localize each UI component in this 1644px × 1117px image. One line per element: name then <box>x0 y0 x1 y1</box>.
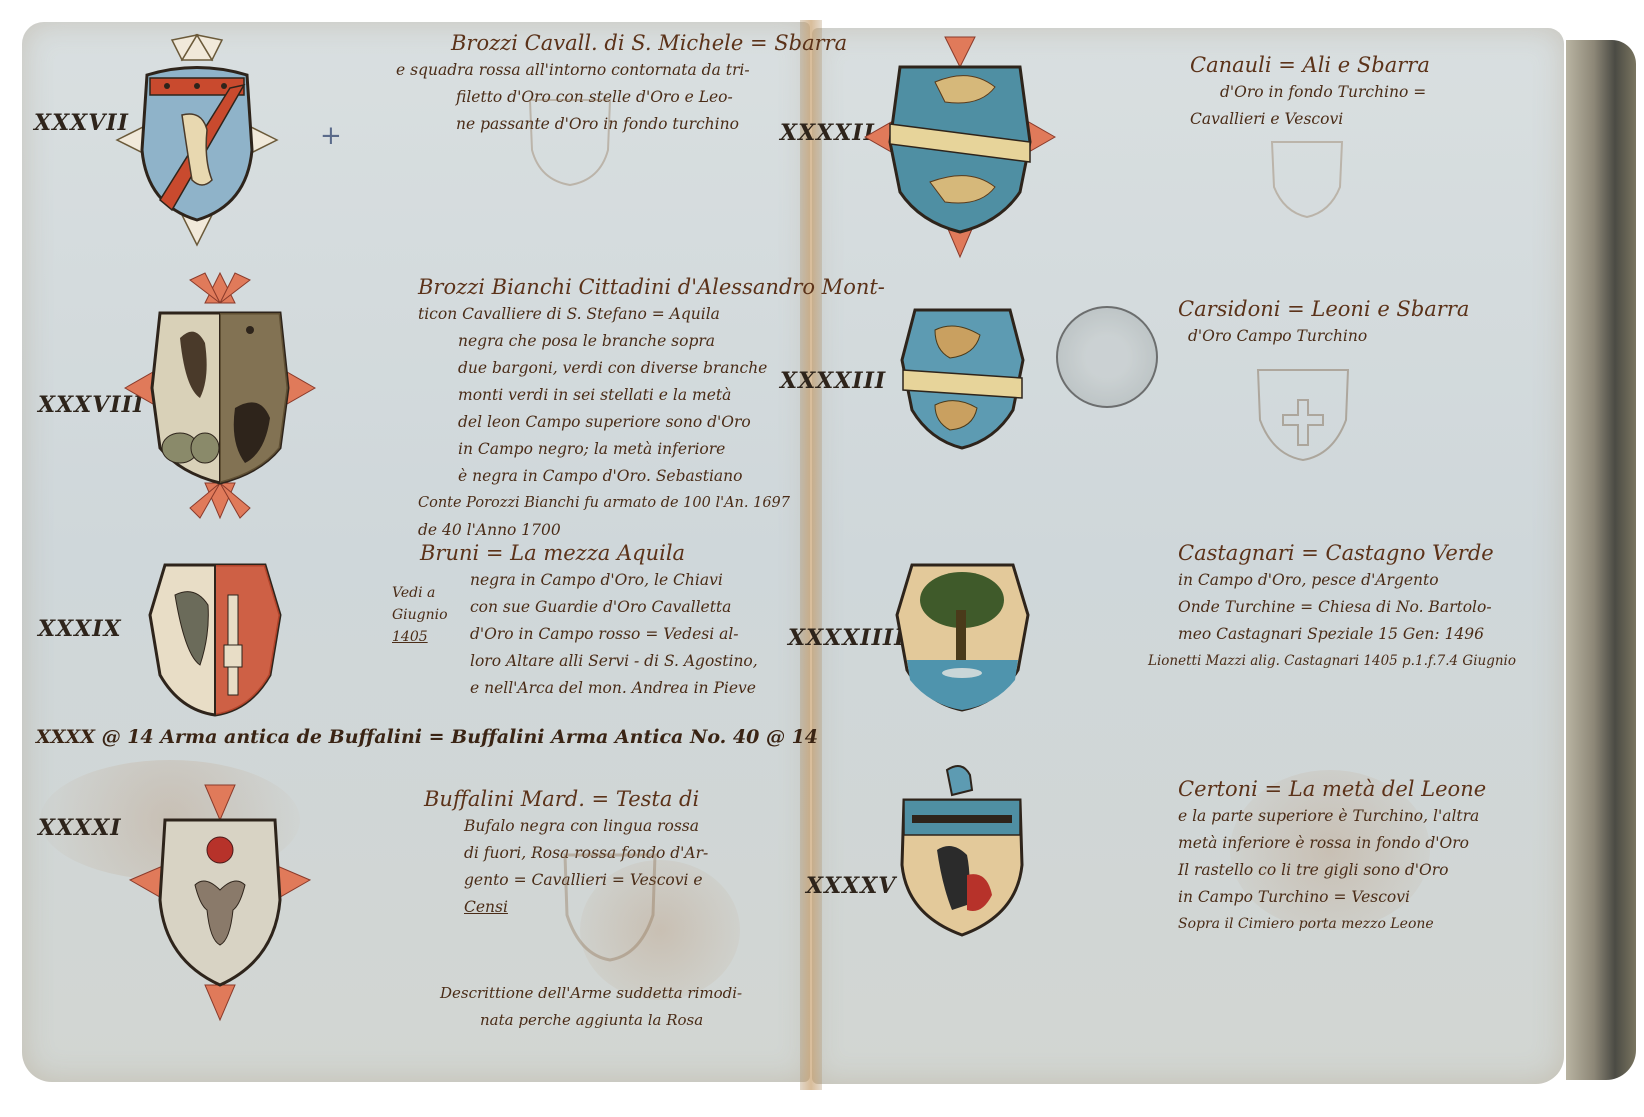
entry-line: e la parte superiore è Turchino, l'altra <box>1178 803 1486 830</box>
entry-footer: Descrittione dell'Arme suddetta rimodi- … <box>440 980 742 1034</box>
entry-numeral: XXXXIII <box>780 368 886 394</box>
open-manuscript: XXXVII + Brozzi Cavall. di S. Michele = … <box>0 0 1644 1117</box>
entry-line: nata perche aggiunta la Rosa <box>440 1007 742 1034</box>
entry-line: loro Altare alli Servi - di S. Agostino, <box>420 648 758 675</box>
entry-line: negra in Campo d'Oro, le Chiavi <box>420 567 758 594</box>
entry-carsidoni: Carsidoni = Leoni e Sbarra d'Oro Campo T… <box>1178 296 1469 350</box>
entry-castagnari: Castagnari = Castagno Verde in Campo d'O… <box>1178 540 1516 675</box>
entry-line: Il rastello co li tre gigli sono d'Oro <box>1178 857 1486 884</box>
library-stamp-seal <box>1056 306 1158 408</box>
entry-certoni: Certoni = La metà del Leone e la parte s… <box>1178 776 1486 938</box>
entry-line: in Campo Turchino = Vescovi <box>1178 884 1486 911</box>
entry-brozzi-bianchi: Brozzi Bianchi Cittadini d'Alessandro Mo… <box>418 274 885 544</box>
entry-line: Bufalo negra con lingua rossa <box>424 813 708 840</box>
coat-of-arms-brozzi-icon <box>112 30 282 250</box>
entry-numeral: XXXIX <box>38 616 122 642</box>
entry-line: del leon Campo superiore sono d'Oro <box>418 409 885 436</box>
page-stack-edge <box>1566 40 1636 1080</box>
entry-line: Lionetti Mazzi alig. Castagnari 1405 p.1… <box>1148 648 1516 675</box>
entry-canauli: Canauli = Ali e Sbarra d'Oro in fondo Tu… <box>1190 52 1430 133</box>
entry-line: meo Castagnari Speziale 15 Gen: 1496 <box>1178 621 1516 648</box>
coat-of-arms-certoni-icon <box>892 755 1032 940</box>
entry-heading: Canauli = Ali e Sbarra <box>1190 52 1430 79</box>
entry-line: Onde Turchine = Chiesa di No. Bartolo- <box>1178 594 1516 621</box>
entry-line: filetto d'Oro con stelle d'Oro e Leo- <box>396 84 847 111</box>
ghost-shield-bleedthrough-icon <box>1262 132 1352 222</box>
entry-line: in Campo negro; la metà inferiore <box>418 436 885 463</box>
entry-numeral: XXXXI <box>38 815 122 841</box>
entry-heading: Brozzi Bianchi Cittadini d'Alessandro Mo… <box>418 274 885 301</box>
entry-heading: Certoni = La metà del Leone <box>1178 776 1486 803</box>
entry-heading: Castagnari = Castagno Verde <box>1178 540 1516 567</box>
entry-line: in Campo d'Oro, pesce d'Argento <box>1178 567 1516 594</box>
entry-line: negra che posa le branche sopra <box>418 328 885 355</box>
entry-line: Sopra il Cimiero porta mezzo Leone <box>1178 911 1486 938</box>
coat-of-arms-castagnari-icon <box>890 555 1035 715</box>
entry-line: e nell'Arca del mon. Andrea in Pieve <box>420 675 758 702</box>
coat-of-arms-carsidoni-icon <box>895 300 1030 455</box>
entry-bruni: Bruni = La mezza Aquila negra in Campo d… <box>420 540 758 702</box>
entry-buffalini: XXXX @ 14 Arma antica de Buffalini = Buf… <box>36 724 818 751</box>
entry-numeral: XXXXIIII <box>788 625 905 651</box>
entry-heading: Buffalini Mard. = Testa di <box>424 786 708 813</box>
entry-line: metà inferiore è rossa in fondo d'Oro <box>1178 830 1486 857</box>
ghost-shield-bleedthrough-icon <box>555 845 665 965</box>
entry-heading: Carsidoni = Leoni e Sbarra <box>1178 296 1469 323</box>
book-gutter <box>800 20 822 1090</box>
ghost-shield-bleedthrough-icon <box>1248 360 1358 470</box>
entry-line: ticon Cavalliere di S. Stefano = Aquila <box>418 301 885 328</box>
entry-heading: Bruni = La mezza Aquila <box>420 540 758 567</box>
entry-line: Conte Porozzi Bianchi fu armato de 100 l… <box>418 490 885 517</box>
coat-of-arms-buffalini-icon <box>125 780 315 1025</box>
entry-line: con sue Guardie d'Oro Cavalletta <box>420 594 758 621</box>
entry-line: e squadra rossa all'intorno contornata d… <box>396 57 847 84</box>
coat-of-arms-brozzi-bianchi-icon <box>120 268 320 523</box>
entry-line: Cavallieri e Vescovi <box>1190 106 1430 133</box>
coat-of-arms-canauli-icon <box>860 32 1060 262</box>
coat-of-arms-bruni-icon <box>140 555 290 720</box>
entry-line: d'Oro in fondo Turchino = <box>1190 79 1430 106</box>
ghost-shield-bleedthrough-icon <box>520 90 620 190</box>
entry-line: d'Oro in Campo rosso = Vedesi al- <box>420 621 758 648</box>
cross-mark: + <box>320 125 342 147</box>
entry-line: Descrittione dell'Arme suddetta rimodi- <box>440 980 742 1007</box>
entry-line: XXXX @ 14 Arma antica de Buffalini = Buf… <box>36 724 818 751</box>
entry-line: è negra in Campo d'Oro. Sebastiano <box>418 463 885 490</box>
entry-numeral: XXXXV <box>806 873 896 899</box>
entry-heading: Brozzi Cavall. di S. Michele = Sbarra <box>396 30 847 57</box>
entry-line: d'Oro Campo Turchino <box>1178 323 1469 350</box>
